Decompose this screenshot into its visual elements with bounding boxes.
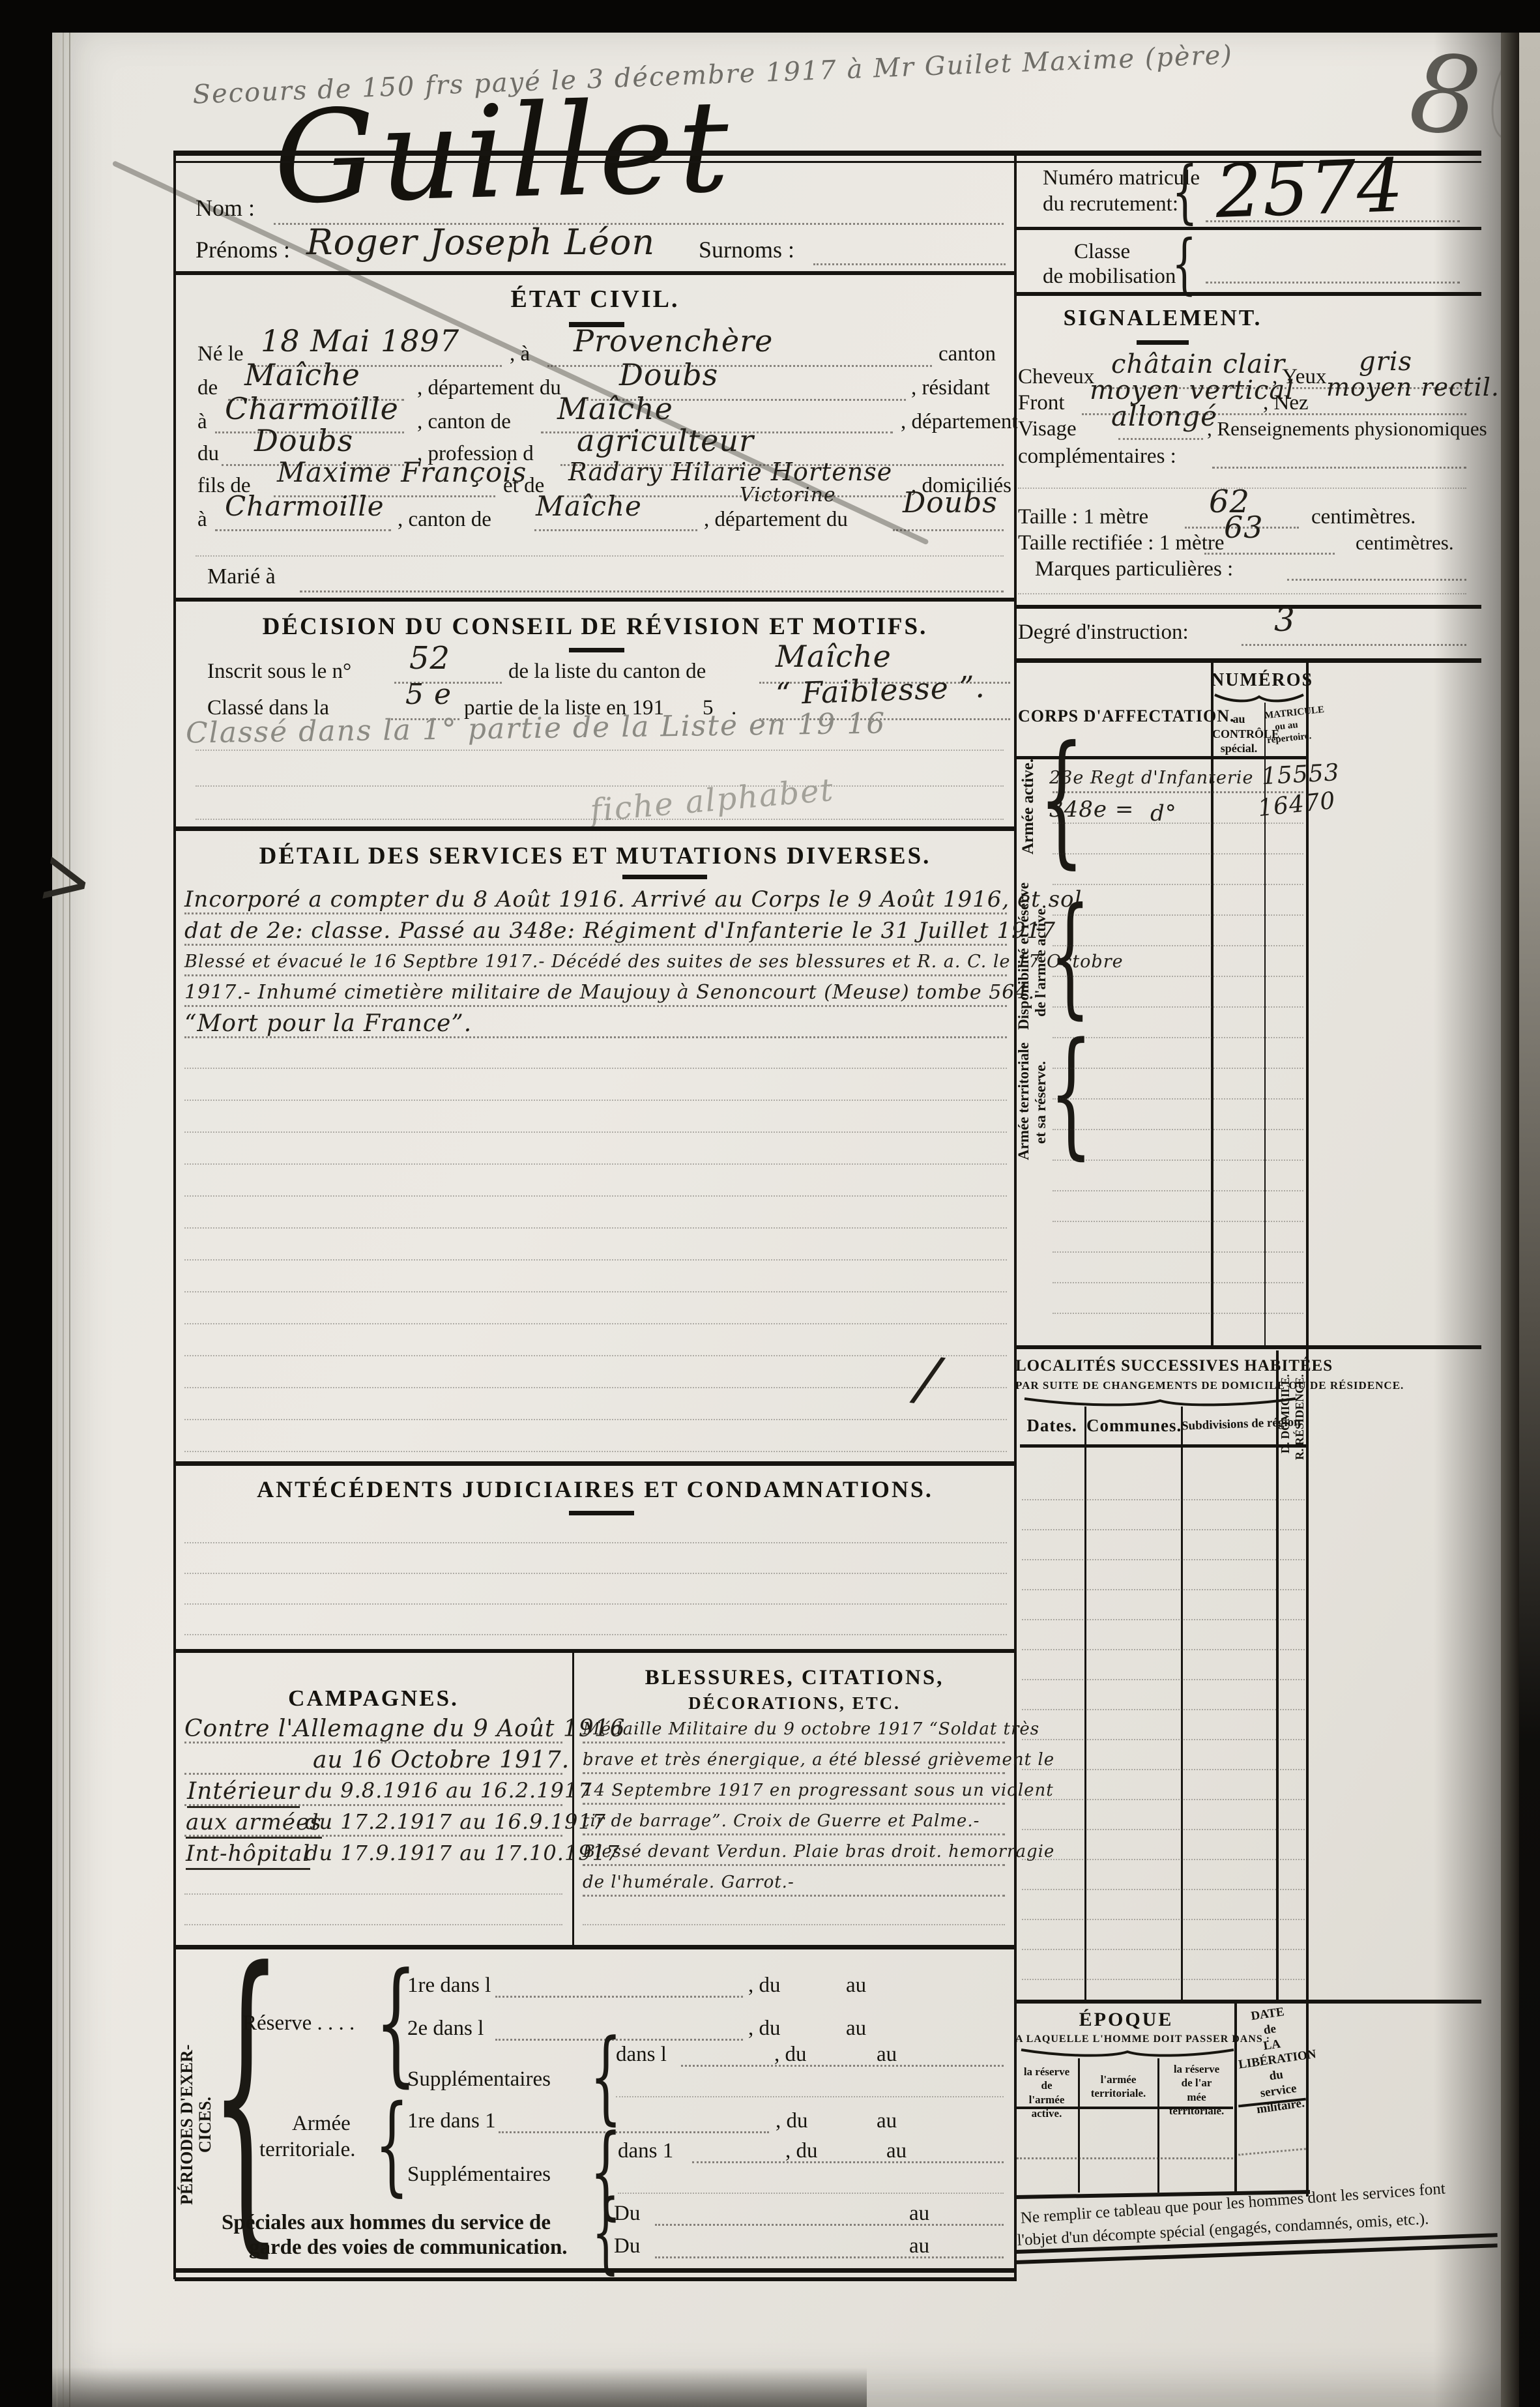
armee-territoriale-column: l'armée territoriale. bbox=[1081, 2073, 1156, 2101]
dotted-line bbox=[616, 2096, 1004, 2097]
departement-label: , département du bbox=[417, 376, 561, 400]
reserve-armee-active-column: la réserve de l'armée active. bbox=[1017, 2065, 1077, 2120]
ruled-line bbox=[1022, 1829, 1305, 1830]
corps-row-numero: 15553 bbox=[1261, 759, 1341, 790]
campagne-entry: au 16 Octobre 1917. bbox=[313, 1747, 570, 1773]
blessure-entry: 14 Septembre 1917 en progressant sous un… bbox=[583, 1781, 1054, 1800]
de-label: de bbox=[197, 376, 218, 400]
blessures-title: BLESSURES, CITATIONS, bbox=[574, 1666, 1015, 1690]
canton-de-value: Maîche bbox=[557, 391, 673, 426]
ruled-line bbox=[1022, 1589, 1305, 1590]
du-value: Doubs bbox=[254, 423, 353, 458]
inscrit-canton: Maîche bbox=[776, 639, 892, 674]
dotted-line bbox=[1242, 644, 1466, 646]
ruled-line bbox=[184, 1573, 1007, 1574]
dotted-line bbox=[215, 529, 391, 531]
ruled-line bbox=[1053, 1160, 1303, 1161]
ruled-line bbox=[184, 1291, 1007, 1292]
bottom-rule bbox=[175, 2277, 1017, 2281]
inscrit-label2: de la liste du canton de bbox=[508, 660, 706, 684]
armee-territoriale-label2: territoriale. bbox=[259, 2138, 356, 2162]
campagne-entry: du 17.2.1917 au 16.9.1917 bbox=[305, 1809, 606, 1834]
ruled-line bbox=[1022, 1919, 1305, 1920]
etat-civil-title: ÉTAT CIVIL. bbox=[175, 285, 1015, 314]
ruled-line bbox=[184, 1323, 1007, 1324]
next-page-edge bbox=[1519, 33, 1540, 2407]
dotted-line bbox=[184, 944, 1007, 946]
nez-label: , Nez bbox=[1263, 391, 1309, 415]
reserve-territoriale-column: la réserve de l'ar mée territoriale. bbox=[1160, 2062, 1233, 2118]
dotted-line bbox=[813, 263, 1006, 265]
dotted-line bbox=[1017, 2157, 1233, 2159]
service-entry: “Mort pour la France”. bbox=[184, 1010, 472, 1037]
ruled-line bbox=[184, 1355, 1007, 1356]
ruled-line bbox=[1053, 1221, 1303, 1222]
du-label: , du bbox=[785, 2139, 818, 2163]
dotted-line bbox=[1053, 791, 1303, 793]
service-entry: dat de 2e: classe. Passé au 348e: Régime… bbox=[184, 918, 1056, 944]
antecedents-title: ANTÉCÉDENTS JUDICIAIRES ET CONDAMNATIONS… bbox=[175, 1476, 1015, 1503]
mother-name: Radary Hilarie Hortense bbox=[568, 458, 892, 486]
ruled-line bbox=[184, 1227, 1007, 1229]
blessures-subtitle: DÉCORATIONS, ETC. bbox=[574, 1693, 1015, 1714]
dotted-line bbox=[655, 2224, 1004, 2226]
armee-territoriale-brace: { bbox=[1049, 1035, 1093, 1152]
departement-value: Doubs bbox=[619, 357, 718, 392]
mother-name-superscript: Victorine bbox=[740, 484, 836, 506]
service-entry: 1917.- Inhumé cimetière militaire de Mau… bbox=[184, 981, 1035, 1004]
ruled-line bbox=[1022, 1799, 1305, 1800]
taille-rectifiee-label: Taille rectifiée : 1 mètre bbox=[1018, 531, 1225, 555]
blessure-entry: Médaille Militaire du 9 octobre 1917 “So… bbox=[583, 1719, 1039, 1739]
ruled-line bbox=[184, 1195, 1007, 1197]
au-label: au bbox=[846, 1974, 866, 1998]
signalement-title: SIGNALEMENT. bbox=[1015, 305, 1310, 331]
ruled-line bbox=[1053, 884, 1303, 885]
section-rule bbox=[1015, 2000, 1481, 2004]
dotted-line bbox=[196, 555, 1004, 557]
section-rule bbox=[175, 271, 1017, 275]
dotted-line bbox=[618, 2193, 1004, 2194]
section-rule bbox=[175, 598, 1017, 602]
page-curve-shadow bbox=[1434, 33, 1505, 2407]
du-label: , du bbox=[774, 2043, 807, 2067]
matricule-label2: du recrutement: bbox=[1043, 192, 1178, 216]
a-label: à bbox=[197, 410, 207, 434]
marques-label: Marques particulières : bbox=[1035, 557, 1233, 581]
inscrit-label: Inscrit sous le n° bbox=[207, 660, 351, 684]
ruled-line bbox=[1022, 1559, 1305, 1560]
domicile-side-label: D. DOMICILE. bbox=[1279, 1357, 1292, 1471]
profession-value: agriculteur bbox=[577, 423, 754, 458]
inscrit-number: 52 bbox=[409, 640, 450, 677]
periode-row-1re-t: 1re dans 1 bbox=[407, 2109, 496, 2133]
ruled-line bbox=[1053, 1037, 1303, 1038]
services-title: DÉTAIL DES SERVICES ET MUTATIONS DIVERSE… bbox=[175, 842, 1015, 870]
title-bar bbox=[622, 875, 707, 879]
ruled-line bbox=[184, 1068, 1007, 1069]
dotted-line bbox=[583, 1833, 1005, 1835]
du-label: , du bbox=[776, 2109, 808, 2133]
localites-subtitle: PAR SUITE DE CHANGEMENTS DE DOMICILE OU … bbox=[1015, 1379, 1283, 1392]
bottom-rule bbox=[175, 2268, 1017, 2273]
ruled-line bbox=[1022, 1619, 1305, 1620]
ruled-line bbox=[1022, 1739, 1305, 1740]
ruled-line bbox=[1053, 1190, 1303, 1191]
dotted-line bbox=[196, 750, 1004, 751]
service-entry: Blessé et évacué le 16 Septbre 1917.- Dé… bbox=[184, 952, 1124, 972]
campagne-entry: du 17.9.1917 au 17.10.1917 bbox=[305, 1841, 620, 1865]
section-rule bbox=[1015, 292, 1481, 296]
ruled-line bbox=[184, 1603, 1007, 1605]
table-vline bbox=[1084, 1407, 1086, 2000]
dotted-line bbox=[692, 2161, 1004, 2163]
au-label: au bbox=[846, 2017, 866, 2041]
ruled-line bbox=[184, 1163, 1007, 1165]
periodes-brace: { bbox=[210, 1955, 282, 2232]
au-label: au bbox=[909, 2202, 929, 2226]
dans-l-label: dans l bbox=[616, 2043, 667, 2067]
ruled-line bbox=[184, 1419, 1007, 1420]
du-label: Du bbox=[614, 2234, 640, 2258]
dotted-line bbox=[1204, 553, 1335, 555]
marie-a-label: Marié à bbox=[207, 564, 276, 589]
dotted-line bbox=[184, 1005, 1007, 1007]
degre-instruction-value: 3 bbox=[1274, 601, 1296, 639]
dotted-line bbox=[184, 1036, 1007, 1038]
dotted-line bbox=[681, 2065, 1004, 2067]
campagne-entry-label: Int-hôpital bbox=[186, 1841, 310, 1870]
disponibilite-brace: { bbox=[1049, 901, 1091, 1012]
periode-row-2e: 2e dans l bbox=[407, 2017, 484, 2041]
decision-title: DÉCISION DU CONSEIL DE RÉVISION ET MOTIF… bbox=[175, 613, 1015, 641]
dates-column-header: Dates. bbox=[1021, 1416, 1083, 1436]
dotted-line bbox=[583, 1895, 1005, 1897]
surnoms-label: Surnoms : bbox=[699, 236, 794, 263]
numeros-header: NUMÉROS bbox=[1211, 670, 1307, 691]
dotted-line bbox=[495, 1996, 743, 1998]
departement-label: , département bbox=[901, 410, 1018, 434]
complementaires-label: complémentaires : bbox=[1018, 445, 1176, 469]
birthplace-value: Provenchère bbox=[574, 323, 773, 358]
dotted-line bbox=[184, 912, 1007, 914]
ruled-line bbox=[1022, 1949, 1305, 1950]
title-bar bbox=[569, 648, 624, 652]
page-edge-line bbox=[63, 33, 64, 2407]
du-label: , du bbox=[748, 2017, 781, 2041]
dotted-line bbox=[1206, 220, 1460, 222]
ruled-line bbox=[184, 1634, 1007, 1635]
ruled-line bbox=[1053, 1006, 1303, 1008]
nom-label: Nom : bbox=[196, 194, 255, 222]
ruled-line bbox=[1022, 1709, 1305, 1710]
campagne-entry: du 9.8.1916 au 16.2.1917 bbox=[305, 1778, 592, 1803]
section-rule bbox=[1015, 1345, 1481, 1349]
residence-value: Charmoille bbox=[225, 391, 399, 426]
dotted-line bbox=[583, 1803, 1005, 1805]
ruled-line bbox=[184, 1542, 1007, 1543]
title-bar bbox=[569, 1511, 634, 1515]
du-label: du bbox=[197, 442, 219, 466]
matricule-brace: { bbox=[1172, 163, 1198, 221]
taille-rectifiee-value: 63 bbox=[1224, 510, 1264, 545]
table-vline bbox=[1078, 2058, 1080, 2193]
table-vline bbox=[1157, 2058, 1159, 2193]
armee-active-brace: { bbox=[1039, 738, 1084, 860]
dotted-line bbox=[184, 1804, 562, 1806]
dotted-line bbox=[1118, 438, 1203, 440]
dotted-line bbox=[583, 1864, 1005, 1866]
du-label: , du bbox=[748, 1974, 781, 1998]
title-bar bbox=[1137, 340, 1189, 345]
a-label: à bbox=[197, 508, 207, 532]
classement-note: “ Faiblesse ”. bbox=[775, 669, 985, 711]
au-label: au bbox=[909, 2234, 929, 2258]
ruled-line bbox=[1022, 1679, 1305, 1680]
classe-brace: { bbox=[1172, 236, 1197, 291]
dotted-line bbox=[1018, 593, 1466, 594]
page-edge-line bbox=[69, 33, 70, 2407]
classe-label: Classe bbox=[1074, 240, 1130, 264]
matricule-header: MATRICULE ou au répertoire. bbox=[1264, 706, 1309, 747]
canton-value: Maîche bbox=[244, 357, 360, 392]
dotted-line bbox=[583, 1772, 1005, 1774]
armee-territoriale-label: Armée territoriale bbox=[1015, 1031, 1032, 1171]
dotted-line bbox=[499, 2131, 769, 2133]
ruled-line bbox=[1053, 823, 1303, 824]
bottom-shadow bbox=[52, 2367, 867, 2407]
armee-territoriale-label2: et sa réserve. bbox=[1032, 1040, 1049, 1165]
ruled-line bbox=[1022, 1859, 1305, 1860]
degre-instruction-label: Degré d'instruction: bbox=[1018, 620, 1189, 645]
center-divider bbox=[1014, 151, 1017, 2279]
dotted-line bbox=[196, 785, 1004, 787]
dotted-line bbox=[300, 591, 1004, 592]
dotted-line bbox=[534, 529, 697, 531]
dotted-line bbox=[184, 1835, 562, 1837]
page-edge-line bbox=[56, 33, 58, 2407]
ruled-line bbox=[1022, 1769, 1305, 1770]
dotted-line bbox=[583, 1742, 1005, 1743]
periode-row-1re: 1re dans l bbox=[407, 1974, 491, 1998]
epoque-brace bbox=[1020, 2048, 1235, 2058]
classement-part: 5 e bbox=[405, 678, 452, 711]
ruled-line bbox=[1053, 1282, 1303, 1283]
canton-label: canton bbox=[938, 342, 996, 366]
taille-label: Taille : 1 mètre bbox=[1018, 505, 1148, 529]
prenoms-label: Prénoms : bbox=[196, 236, 290, 263]
dotted-line bbox=[583, 1924, 1005, 1925]
dans-1-label: dans 1 bbox=[618, 2139, 673, 2163]
blessure-entry: de l'humérale. Garrot.- bbox=[583, 1873, 794, 1892]
du-label: Du bbox=[614, 2202, 640, 2226]
localites-brace bbox=[1023, 1396, 1297, 1408]
territoriale-brace: { bbox=[375, 2099, 409, 2190]
section-rule bbox=[175, 1461, 1017, 1466]
epoque-title: ÉPOQUE bbox=[1015, 2009, 1237, 2031]
service-entry: Incorporé a compter du 8 Août 1916. Arri… bbox=[184, 886, 1082, 912]
speciales-label2: garde des voies de communication. bbox=[249, 2236, 568, 2260]
cm-label: centimètres. bbox=[1311, 505, 1416, 529]
dotted-line bbox=[184, 1773, 562, 1775]
table-vline bbox=[1181, 1407, 1183, 2000]
controle-header: au CONTRÔLE spécial. bbox=[1212, 712, 1266, 756]
section-rule bbox=[1015, 227, 1481, 230]
epoque-subtitle: A LAQUELLE L'HOMME DOIT PASSER DANS : bbox=[1015, 2034, 1237, 2045]
section-rule bbox=[1015, 605, 1481, 609]
ne-le-label: Né le bbox=[197, 342, 244, 366]
ruled-line bbox=[1053, 945, 1303, 946]
ruled-line bbox=[1053, 914, 1303, 916]
visage-value: allongé bbox=[1111, 400, 1217, 432]
dotted-line bbox=[1212, 467, 1466, 469]
table-header-rule bbox=[1020, 1444, 1307, 1448]
disponibilite-label2: de l'armée active. bbox=[1032, 898, 1049, 1023]
ruled-line bbox=[184, 1387, 1007, 1388]
speciales-label: Spéciales aux hommes du service de bbox=[222, 2211, 551, 2235]
ruled-line bbox=[1053, 1251, 1303, 1253]
left-box-border bbox=[173, 151, 176, 2279]
campagnes-title: CAMPAGNES. bbox=[175, 1685, 572, 1712]
blessure-entry: Blessé devant Verdun. Plaie bras droit. … bbox=[583, 1842, 1054, 1861]
ruled-line bbox=[184, 1259, 1007, 1261]
ruled-line bbox=[1022, 1979, 1305, 1980]
ruled-line bbox=[1053, 976, 1303, 977]
ruled-line bbox=[1053, 1129, 1303, 1130]
residant-label: , résidant bbox=[911, 376, 990, 400]
departement-du-value: Doubs bbox=[903, 486, 998, 519]
numeros-brace bbox=[1213, 692, 1305, 704]
ruled-line bbox=[1053, 1068, 1303, 1069]
section-rule bbox=[175, 1649, 1017, 1653]
au-label: au bbox=[877, 2109, 897, 2133]
father-name: Maxime François bbox=[277, 456, 527, 488]
table-vline bbox=[1211, 660, 1213, 1347]
front-label: Front bbox=[1018, 391, 1065, 415]
ruled-line bbox=[184, 1131, 1007, 1133]
ruled-line bbox=[1053, 1098, 1303, 1100]
blessure-entry: tir de barrage”. Croix de Guerre et Palm… bbox=[583, 1811, 980, 1831]
table-header-rule bbox=[1017, 2107, 1233, 2109]
supplementaires-label: Supplémentaires bbox=[407, 2067, 551, 2092]
canton-de-label: , canton de bbox=[398, 508, 491, 532]
dotted-line bbox=[1206, 282, 1460, 284]
ruled-line bbox=[1022, 1529, 1305, 1530]
dotted-line bbox=[893, 529, 1004, 531]
localites-title: LOCALITÉS SUCCESSIVES HABITÉES bbox=[1015, 1357, 1283, 1375]
section-rule bbox=[175, 826, 1017, 831]
ruled-line bbox=[1022, 1499, 1305, 1500]
blessure-entry: brave et très énergique, a été blessé gr… bbox=[583, 1750, 1054, 1770]
au-label: au bbox=[886, 2139, 907, 2163]
dotted-line bbox=[184, 1893, 562, 1895]
dotted-line bbox=[655, 2256, 1004, 2258]
dotted-line bbox=[184, 1742, 562, 1743]
classe-label2: de mobilisation : bbox=[1043, 265, 1187, 289]
communes-column-header: Communes. bbox=[1086, 1416, 1180, 1436]
domicile-value: Charmoille bbox=[225, 490, 385, 522]
visage-label: Visage bbox=[1018, 417, 1077, 441]
supplementaires-label: Supplémentaires bbox=[407, 2163, 551, 2187]
departement-du-label: , département du bbox=[704, 508, 848, 532]
armee-territoriale-label: Armée bbox=[292, 2112, 351, 2136]
canton-de-value: Maîche bbox=[536, 490, 642, 522]
section-rule bbox=[175, 1945, 1017, 1949]
dotted-line bbox=[184, 974, 1007, 976]
prenoms-value: Roger Joseph Léon bbox=[306, 222, 655, 263]
dotted-line bbox=[196, 819, 1004, 820]
ruled-line bbox=[184, 1100, 1007, 1101]
armee-active-label: Armée active. bbox=[1019, 737, 1038, 877]
cheveux-label: Cheveux bbox=[1018, 365, 1094, 389]
reserve-label: Réserve . . . . bbox=[242, 2011, 355, 2035]
ruled-line bbox=[1022, 1889, 1305, 1890]
ruled-line bbox=[1022, 1649, 1305, 1650]
a-label: , à bbox=[510, 342, 530, 366]
dotted-line bbox=[547, 365, 932, 367]
ruled-line bbox=[184, 1451, 1007, 1452]
ruled-line bbox=[1053, 853, 1303, 854]
canton-de-label: , canton de bbox=[417, 410, 511, 434]
residence-side-label: R. RÉSIDENCE. bbox=[1293, 1357, 1307, 1478]
section-rule bbox=[1015, 658, 1481, 663]
campagne-entry: Contre l'Allemagne du 9 Août 1916 bbox=[184, 1715, 626, 1742]
ne-le-value: 18 Mai 1897 bbox=[261, 323, 459, 358]
periodes-vertical-label: PÉRIODES D'EXER- bbox=[177, 1994, 197, 2255]
au-label: au bbox=[877, 2043, 897, 2067]
disponibilite-label: Disponibilité et réserve bbox=[1015, 892, 1032, 1030]
ruled-line bbox=[1053, 1313, 1303, 1314]
scanned-military-register-page: Secours de 150 frs payé le 3 décembre 19… bbox=[0, 0, 1540, 2407]
page-crease bbox=[1501, 33, 1520, 2407]
